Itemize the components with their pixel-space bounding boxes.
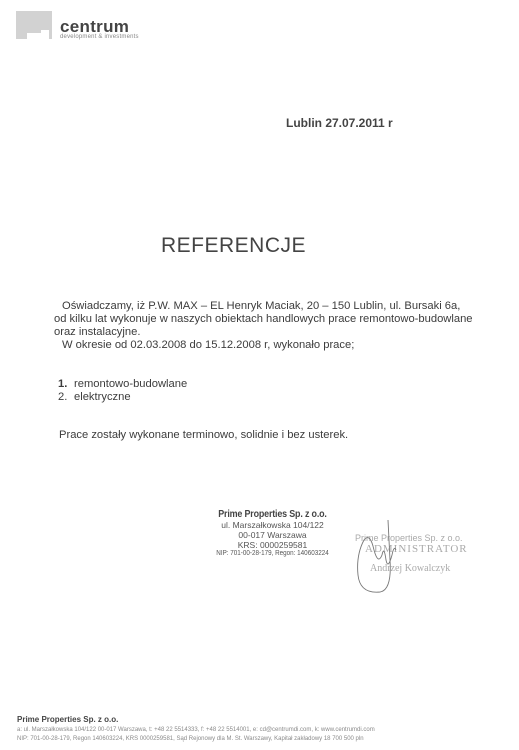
stamp-company-name: Prime Properties Sp. z o.o. [211, 508, 334, 520]
company-stamp: Prime Properties Sp. z o.o. ul. Marszałk… [200, 508, 345, 557]
paragraph-line: W okresie od 02.03.2008 do 15.12.2008 r,… [62, 339, 354, 351]
closing-statement: Prace zostały wykonane terminowo, solidn… [59, 429, 348, 441]
place-date: Lublin 27.07.2011 r [286, 116, 393, 130]
list-item: 1.remontowo-budowlane [58, 378, 187, 391]
stamp-nip-regon: NIP: 701-00-28-179, Regon: 140603224 [207, 550, 338, 557]
logo-mark-notch [27, 33, 41, 39]
works-list: 1.remontowo-budowlane 2.elektryczne [58, 378, 187, 404]
stamp-krs: KRS: 0000259581 [200, 540, 345, 550]
handwritten-signature-icon [350, 520, 420, 600]
list-number: 2. [58, 391, 74, 404]
footer-company: Prime Properties Sp. z o.o. [17, 715, 118, 724]
stamp-street: ul. Marszałkowska 104/122 [200, 520, 345, 530]
logo-mark-notch [41, 30, 49, 39]
logo-tagline: development & investments [60, 34, 139, 40]
list-label: remontowo-budowlane [74, 378, 187, 390]
paragraph-line: od kilku lat wykonuje w naszych obiektac… [54, 313, 473, 325]
list-label: elektryczne [74, 391, 131, 403]
footer-registration: NIP: 701-00-28-179, Regon 140603224, KRS… [17, 736, 364, 742]
paragraph-line: Oświadczamy, iż P.W. MAX – EL Henryk Mac… [62, 300, 460, 312]
document-title: REFERENCJE [161, 234, 306, 258]
list-item: 2.elektryczne [58, 391, 187, 404]
footer-contact: a: ul. Marszałkowska 104/122 00-017 Wars… [17, 727, 375, 733]
stamp-city: 00-017 Warszawa [200, 530, 345, 540]
list-number: 1. [58, 378, 74, 391]
paragraph-line: oraz instalacyjne. [54, 326, 140, 338]
